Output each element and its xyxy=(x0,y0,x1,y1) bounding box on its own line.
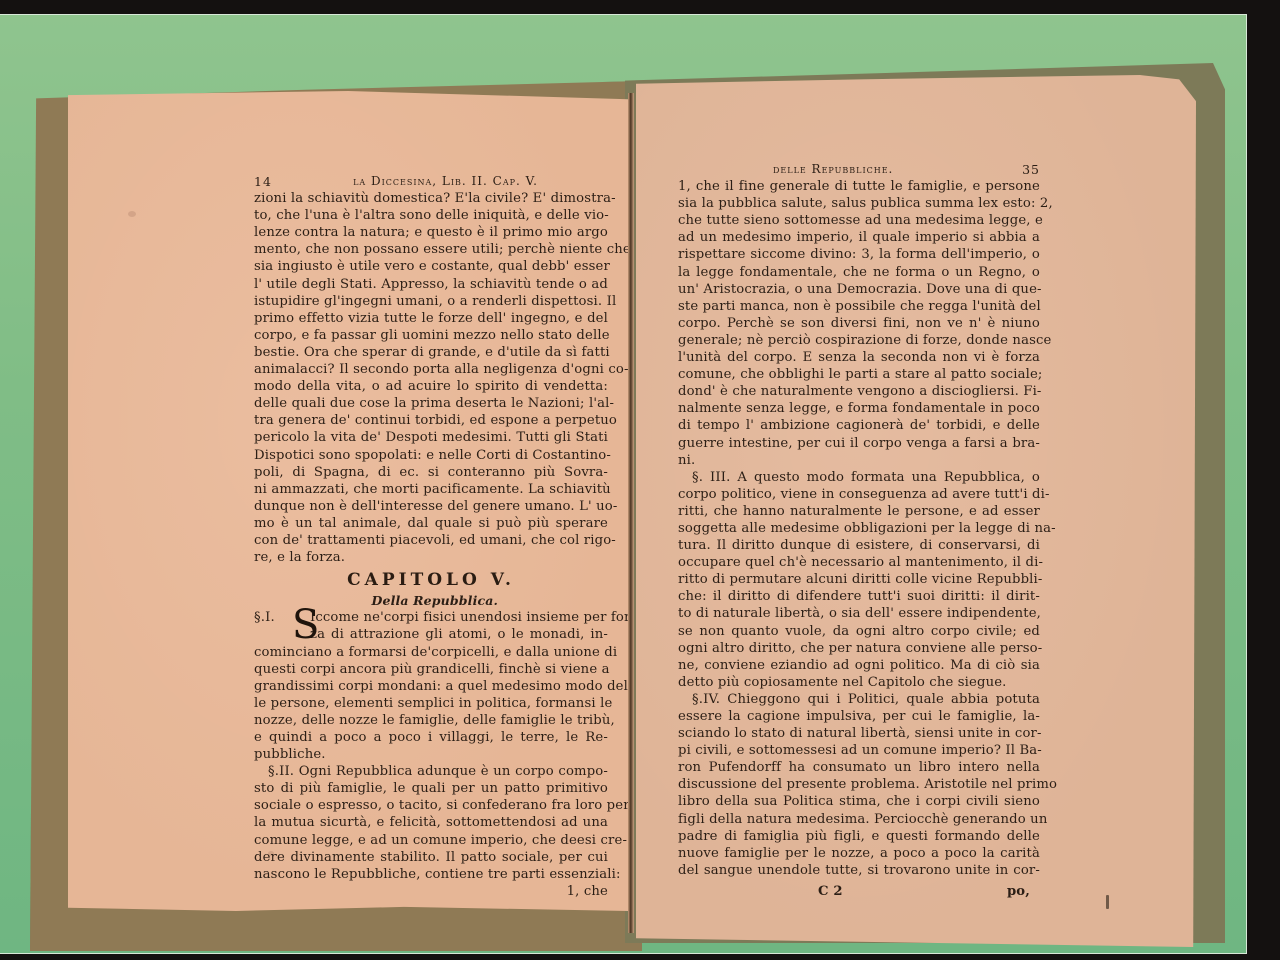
right-running-title: delle Repubbliche. xyxy=(773,161,893,178)
text-line: mo è un tal animale, dal quale si può pi… xyxy=(254,515,608,532)
text-line: ron Pufendorff ha consumato un libro int… xyxy=(678,759,1040,776)
book-gutter xyxy=(628,93,634,933)
text-line: rispettare siccome divino: 3, la forma d… xyxy=(678,246,1040,263)
text-line: di tempo l' ambizione cagionerà de' torb… xyxy=(678,417,1040,434)
right-catchword: po, xyxy=(1007,883,1030,900)
text-line: delle quali due cose la prima deserta le… xyxy=(254,395,608,412)
section-2: §.II. Ogni Repubblica adunque è un corpo… xyxy=(254,763,608,900)
text-line: primo effetto vizia tutte le forze dell'… xyxy=(254,310,608,327)
text-line: corpo politico, viene in conseguenza ad … xyxy=(678,486,1040,503)
text-line: sciando lo stato di natural libertà, sie… xyxy=(678,725,1040,742)
text-line: le persone, elementi semplici in politic… xyxy=(254,695,608,712)
text-line: to di naturale libertà, o sia dell' esse… xyxy=(678,605,1040,622)
text-line: ogni altro diritto, che per natura convi… xyxy=(678,640,1040,657)
left-running-head: 14 la Diccesina, Lib. II. Cap. V. xyxy=(254,173,608,190)
chapter-title: CAPITOLO V. xyxy=(254,572,608,589)
text-line: grandissimi corpi mondani: a quel medesi… xyxy=(254,678,608,695)
text-line: to, che l'una è l'altra sono delle iniqu… xyxy=(254,207,608,224)
text-line: Dispotici sono spopolati: e nelle Corti … xyxy=(254,447,608,464)
text-line: ritto di permutare alcuni diritti colle … xyxy=(678,571,1040,588)
text-line: ritti, che hanno naturalmente le persone… xyxy=(678,503,1040,520)
text-line: soggetta alle medesime obbligazioni per … xyxy=(678,520,1040,537)
text-line: e quindi a poco a poco i villaggi, le te… xyxy=(254,729,608,746)
text-line: guerre intestine, per cui il corpo venga… xyxy=(678,435,1040,452)
text-line: pi civili, e sottomessesi ad un comune i… xyxy=(678,742,1040,759)
page-footer: C 2 po, xyxy=(678,883,1040,900)
text-line: tura. Il diritto dunque di esistere, di … xyxy=(678,537,1040,554)
text-line: modo della vita, o ad acuire lo spirito … xyxy=(254,378,608,395)
text-line: corpo, e fa passar gli uomini mezzo nell… xyxy=(254,327,608,344)
text-line: essere la cagione impulsiva, per cui le … xyxy=(678,708,1040,725)
left-page-number: 14 xyxy=(254,173,272,190)
text-line: corpo. Perchè se son diversi fini, non v… xyxy=(678,315,1040,332)
text-line: ad un medesimo imperio, il quale imperio… xyxy=(678,229,1040,246)
text-line: sia la pubblica salute, salus publica su… xyxy=(678,195,1040,212)
text-line: dond' è che naturalmente vengono a disci… xyxy=(678,383,1040,400)
text-line: sia ingiusto è utile vero e costante, qu… xyxy=(254,258,608,275)
text-line: zioni la schiavitù domestica? E'la civil… xyxy=(254,190,608,207)
text-line: lenze contra la natura; e questo è il pr… xyxy=(254,224,608,241)
open-book: 14 la Diccesina, Lib. II. Cap. V. zioni … xyxy=(30,63,1230,954)
text-line: libro della sua Politica stima, che i co… xyxy=(678,793,1040,810)
text-line: discussione del presente problema. Arist… xyxy=(678,776,1040,793)
left-page-text: 14 la Diccesina, Lib. II. Cap. V. zioni … xyxy=(254,173,608,900)
text-line: poli, di Spagna, di ec. si conteranno pi… xyxy=(254,464,608,481)
text-line: del sangue unendole tutte, si trovarono … xyxy=(678,862,1040,879)
text-line: comune, che obblighi le parti a stare al… xyxy=(678,366,1040,383)
text-line: sociale o espresso, o tacito, si confede… xyxy=(254,797,608,814)
left-running-title: la Diccesina, Lib. II. Cap. V. xyxy=(353,173,538,190)
text-line: animalacci? Il secondo porta alla neglig… xyxy=(254,361,608,378)
text-line: comune legge, e ad un comune imperio, ch… xyxy=(254,832,608,849)
paper-stain xyxy=(128,211,136,217)
text-line: che tutte sieno sottomesse ad una medesi… xyxy=(678,212,1040,229)
text-line: questi corpi ancora più grandicelli, fin… xyxy=(254,661,608,678)
text-line: ne, conviene eziandio ad ogni politico. … xyxy=(678,657,1040,674)
text-line: un' Aristocrazia, o una Democrazia. Dove… xyxy=(678,281,1040,298)
text-line: 1, che il fine generale di tutte le fami… xyxy=(678,178,1040,195)
text-line: dere divinamente stabilito. Il patto soc… xyxy=(254,849,608,866)
text-line: §.II. Ogni Repubblica adunque è un corpo… xyxy=(254,763,608,780)
section-4: §.IV. Chieggono qui i Politici, quale ab… xyxy=(678,691,1040,879)
paper-mark xyxy=(1106,895,1109,909)
text-line: ni. xyxy=(678,452,1040,469)
left-body-paragraph: zioni la schiavitù domestica? E'la civil… xyxy=(254,190,608,566)
text-line: con de' trattamenti piacevoli, ed umani,… xyxy=(254,532,608,549)
text-line: ni ammazzati, che morti pacificamente. L… xyxy=(254,481,608,498)
left-catchword: 1, che xyxy=(254,883,608,900)
text-line: ste parti manca, non è possibile che reg… xyxy=(678,298,1040,315)
text-line: nalmente senza legge, e forma fondamenta… xyxy=(678,400,1040,417)
section-1-label: §.I. xyxy=(254,609,275,626)
text-line: se non quanto vuole, da ogni altro corpo… xyxy=(678,623,1040,640)
text-line: padre di famiglia più figli, e questi fo… xyxy=(678,828,1040,845)
text-line: generale; nè perciò cospirazione di forz… xyxy=(678,332,1040,349)
text-line: mento, che non possano essere utili; per… xyxy=(254,241,608,258)
text-line: dunque non è dell'interesse del genere u… xyxy=(254,498,608,515)
text-line: pericolo la vita de' Despoti medesimi. T… xyxy=(254,429,608,446)
text-line: figli della natura medesima. Perciocchè … xyxy=(678,811,1040,828)
right-running-head: delle Repubbliche. 35 xyxy=(678,161,1040,178)
text-line: §. III. A questo modo formata una Repubb… xyxy=(678,469,1040,486)
drop-cap-letter: S xyxy=(292,606,320,644)
text-line: bestie. Ora che sperar di grande, e d'ut… xyxy=(254,344,608,361)
text-line: tra genera de' continui torbidi, ed espo… xyxy=(254,412,608,429)
text-line: la mutua sicurtà, e felicità, sottomette… xyxy=(254,814,608,831)
signature-mark: C 2 xyxy=(818,883,843,900)
text-line: istupidire gl'ingegni umani, o a renderl… xyxy=(254,293,608,310)
text-line: nascono le Repubbliche, contiene tre par… xyxy=(254,866,608,883)
section-1: §.I. S Iccome ne'corpi fisici unendosi i… xyxy=(254,609,608,763)
section-2-continued: 1, che il fine generale di tutte le fami… xyxy=(678,178,1040,469)
text-line: occupare quel ch'è necessario al manteni… xyxy=(678,554,1040,571)
text-line: che: il diritto di difendere tutt'i suoi… xyxy=(678,588,1040,605)
text-line: re, e la forza. xyxy=(254,549,608,566)
text-line: la legge fondamentale, che ne forma o un… xyxy=(678,264,1040,281)
left-page: 14 la Diccesina, Lib. II. Cap. V. zioni … xyxy=(68,91,628,911)
section-3: §. III. A questo modo formata una Repubb… xyxy=(678,469,1040,691)
text-line: nozze, delle nozze le famiglie, delle fa… xyxy=(254,712,608,729)
text-line: l' utile degli Stati. Appresso, la schia… xyxy=(254,276,608,293)
text-line: pubbliche. xyxy=(254,746,608,763)
right-page: delle Repubbliche. 35 1, che il fine gen… xyxy=(636,75,1196,947)
text-line: §.IV. Chieggono qui i Politici, quale ab… xyxy=(678,691,1040,708)
book-photograph: 14 la Diccesina, Lib. II. Cap. V. zioni … xyxy=(0,14,1247,954)
text-line: nuove famiglie per le nozze, a poco a po… xyxy=(678,845,1040,862)
right-page-number: 35 xyxy=(1022,161,1040,178)
text-line: l'unità del corpo. E senza la seconda no… xyxy=(678,349,1040,366)
right-page-text: delle Repubbliche. 35 1, che il fine gen… xyxy=(678,161,1040,900)
text-line: sto di più famiglie, le quali per un pat… xyxy=(254,780,608,797)
text-line: detto più copiosamente nel Capitolo che … xyxy=(678,674,1040,691)
